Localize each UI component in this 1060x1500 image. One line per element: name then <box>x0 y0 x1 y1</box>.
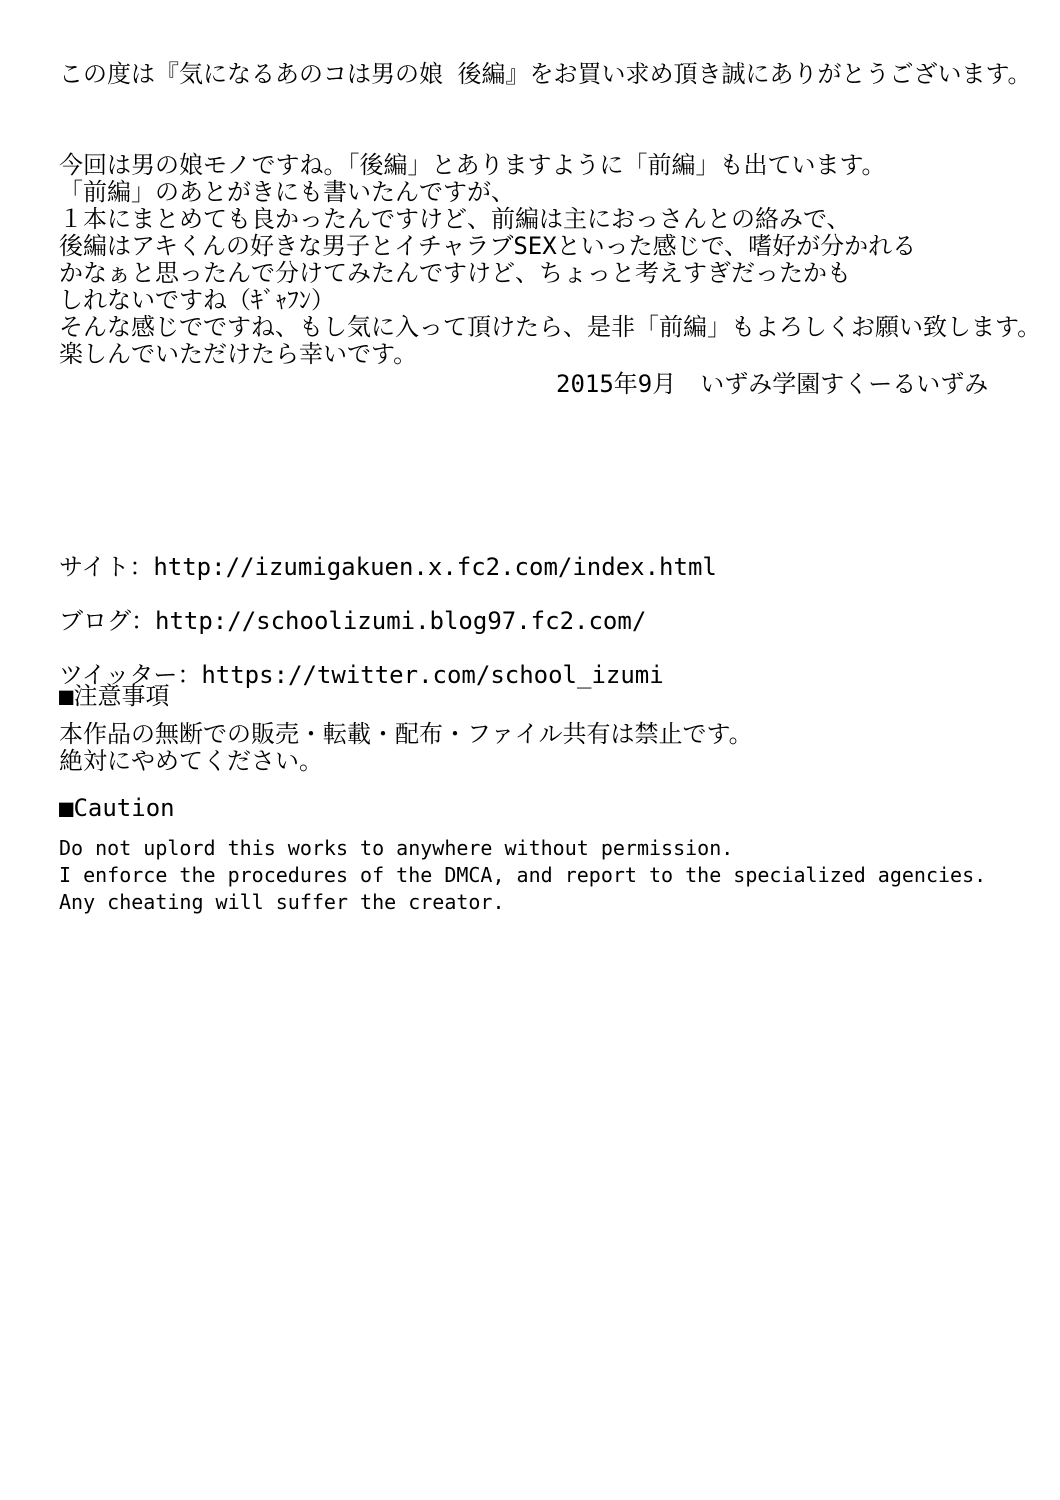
blog-link-row: ブログ：http://schoolizumi.blog97.fc2.com/ <box>59 608 717 635</box>
notice-text: 本作品の無断での販売・転載・配布・ファイル共有は禁止です。 絶対にやめてください… <box>59 721 753 775</box>
twitter-url: https://twitter.com/school_izumi <box>201 661 663 689</box>
signature-line: 2015年9月 いずみ学園すくーるいずみ <box>556 371 988 398</box>
blog-label: ブログ： <box>59 607 155 635</box>
site-label: サイト： <box>59 553 153 581</box>
afterword-paragraph: 今回は男の娘モノですね。「後編」とありますように「前編」も出ています。 「前編」… <box>59 152 1041 368</box>
site-url: http://izumigakuen.x.fc2.com/index.html <box>153 553 717 581</box>
site-link-row: サイト：http://izumigakuen.x.fc2.com/index.h… <box>59 554 717 581</box>
caution-text: Do not uplord this works to anywhere wit… <box>59 835 986 916</box>
blog-url: http://schoolizumi.blog97.fc2.com/ <box>155 607 646 635</box>
notice-heading: ■注意事項 <box>59 683 169 710</box>
caution-heading: ■Caution <box>59 795 175 822</box>
greeting-text: この度は『気になるあのコは男の娘 後編』をお買い求め頂き誠にありがとうございます… <box>59 61 1032 88</box>
